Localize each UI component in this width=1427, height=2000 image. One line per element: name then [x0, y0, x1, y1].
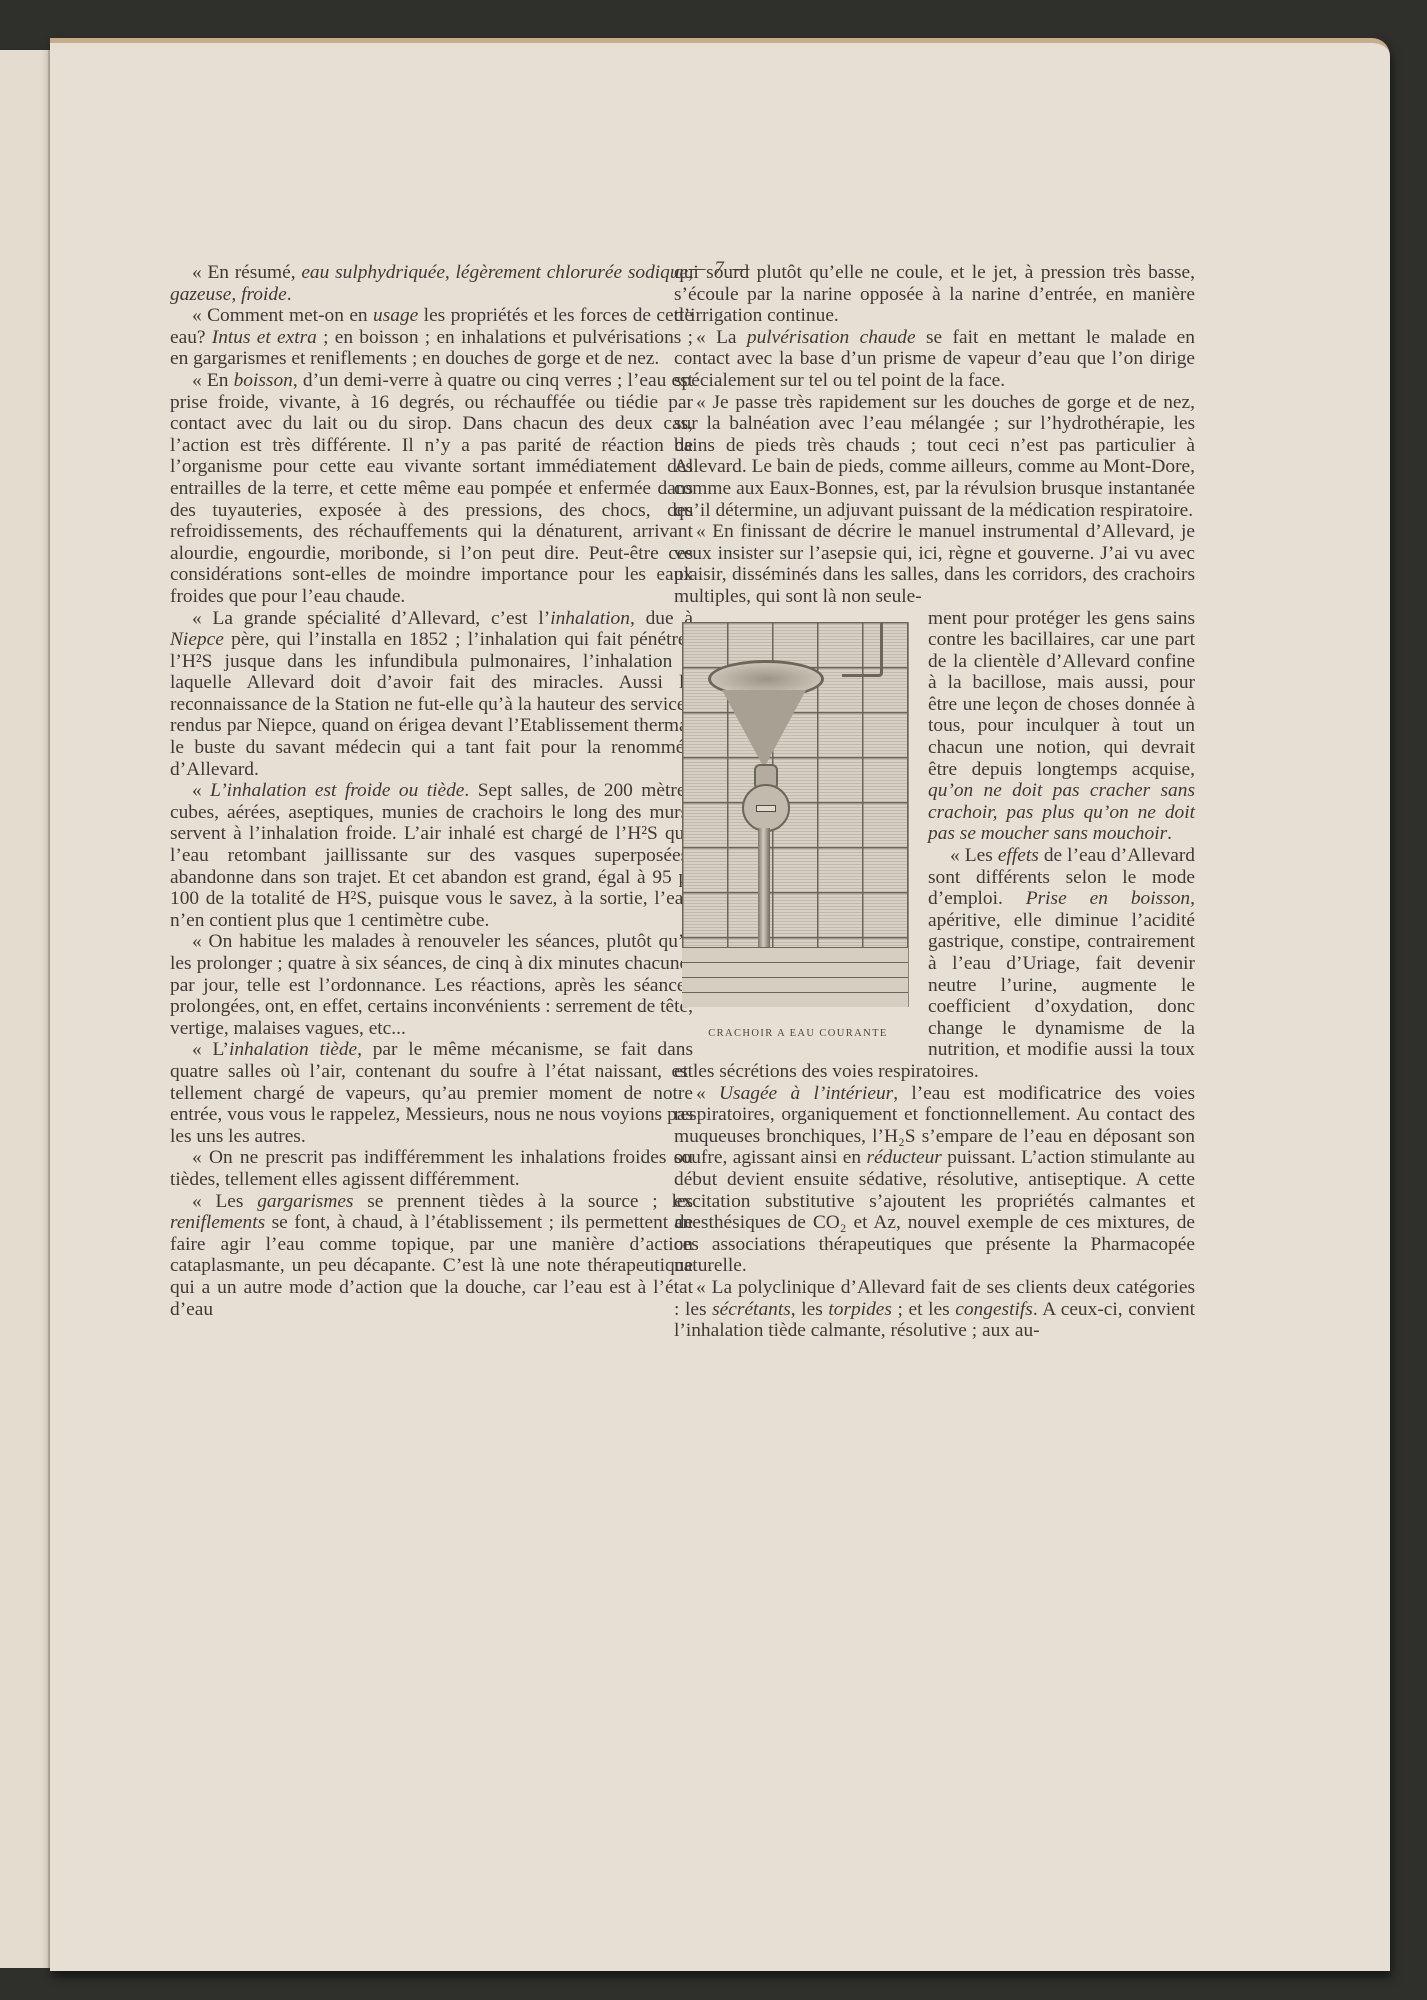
text-run: « En finissant de décrire le manuel inst…	[674, 521, 1195, 607]
italic-text-run: pulvérisation chaude	[747, 327, 916, 348]
paragraph: « Je passe très rapidement sur les douch…	[674, 392, 1195, 522]
paragraph: « On ne prescrit pas indifféremment les …	[170, 1147, 693, 1190]
spittoon-valve-shape	[742, 784, 790, 832]
text-run: .	[287, 284, 292, 305]
paragraph: « La pulvérisation chaude se fait en met…	[674, 327, 1195, 392]
text-run: qui sourd plutôt qu’elle ne coule, et le…	[674, 262, 1195, 326]
paragraph: « Usagée à l’intérieur, l’eau est modifi…	[674, 1083, 1195, 1277]
right-text-column: qui sourd plutôt qu’elle ne coule, et le…	[674, 262, 1195, 1342]
text-run: « On habitue les malades à renouveler le…	[170, 931, 693, 1038]
text-run: se prennent tièdes à la source ; les	[353, 1191, 693, 1212]
text-run: père, qui l’installa en 1852 ; l’inhalat…	[170, 629, 693, 780]
text-run: , d’un demi-verre à quatre ou cinq verre…	[170, 370, 693, 607]
paragraph: « La polyclinique d’Allevard fait de ses…	[674, 1277, 1195, 1342]
paragraph: « L’inhalation est froide ou tiède. Sept…	[170, 780, 693, 931]
italic-text-run: inhalation	[550, 608, 630, 629]
figure-caption: CRACHOIR A EAU COURANTE	[682, 1023, 914, 1045]
text-run: « On ne prescrit pas indifféremment les …	[170, 1147, 693, 1190]
text-run: « Comment met-on en	[192, 305, 373, 326]
paragraph: « En boisson, d’un demi-verre à quatre o…	[170, 370, 693, 608]
paragraph: « En finissant de décrire le manuel inst…	[674, 521, 1195, 607]
paragraph: « On habitue les malades à renouveler le…	[170, 931, 693, 1039]
text-run: « Je passe très rapidement sur les douch…	[674, 392, 1195, 521]
paragraph: qui sourd plutôt qu’elle ne coule, et le…	[674, 262, 1195, 327]
paragraph: « Comment met-on en usage les propriétés…	[170, 305, 693, 370]
italic-text-run: qu’on ne doit pas cracher sans crachoir,…	[928, 780, 1195, 844]
italic-text-run: gargarismes	[257, 1191, 353, 1212]
text-run: , les	[791, 1299, 829, 1320]
italic-text-run: Usagée à l’intérieur	[719, 1083, 893, 1104]
italic-text-run: boisson	[234, 370, 293, 391]
spittoon-illustration	[682, 622, 909, 1007]
left-text-column: « En résumé, eau sulphydriquée, légèreme…	[170, 262, 693, 1320]
text-run: « Les	[192, 1191, 257, 1212]
italic-text-run: effets	[998, 845, 1039, 866]
italic-text-run: Prise en boisson	[1026, 888, 1190, 909]
paragraph: « Les gargarismes se prennent tièdes à l…	[170, 1191, 693, 1321]
text-run: ment pour protéger les gens sains contre…	[928, 608, 1195, 780]
italic-text-run: sécrétants	[712, 1299, 791, 1320]
italic-text-run: torpides	[828, 1299, 892, 1320]
italic-text-run: Intus et extra	[212, 327, 317, 348]
text-run: «	[192, 780, 210, 801]
text-run: « Les	[950, 845, 998, 866]
italic-text-run: réducteur	[866, 1147, 941, 1168]
italic-text-run: L’inhalation est froide ou tiède	[210, 780, 464, 801]
previous-page-edge	[0, 50, 50, 1968]
italic-text-run: inhalation tiède	[229, 1039, 357, 1060]
paragraph: « La grande spécialité d’Allevard, c’est…	[170, 608, 693, 781]
text-run: «	[696, 1083, 719, 1104]
wall-pipe-shape	[842, 622, 883, 677]
text-run: . Sept salles, de 200 mètres cubes, aéré…	[170, 780, 693, 931]
italic-text-run: congestifs	[955, 1299, 1033, 1320]
text-run: « La	[696, 327, 747, 348]
right-column-top-text: qui sourd plutôt qu’elle ne coule, et le…	[674, 262, 1195, 608]
spittoon-funnel-shape	[722, 690, 806, 768]
tiled-floor-shape	[682, 947, 908, 1007]
text-run: « L’	[192, 1039, 229, 1060]
text-run: « La grande spécialité d’Allevard, c’est…	[192, 608, 550, 629]
text-run: « En	[192, 370, 234, 391]
text-run: « En résumé,	[192, 262, 301, 283]
figure-spittoon: CRACHOIR A EAU COURANTE	[674, 622, 914, 1045]
italic-text-run: reniflements	[170, 1212, 265, 1233]
italic-text-run: usage	[373, 305, 418, 326]
text-run: .	[1167, 823, 1172, 844]
text-run: ; et les	[892, 1299, 955, 1320]
italic-text-run: Niepce	[170, 629, 224, 650]
paragraph: « L’inhalation tiède, par le même mécani…	[170, 1039, 693, 1147]
paragraph: « En résumé, eau sulphydriquée, légèreme…	[170, 262, 693, 305]
